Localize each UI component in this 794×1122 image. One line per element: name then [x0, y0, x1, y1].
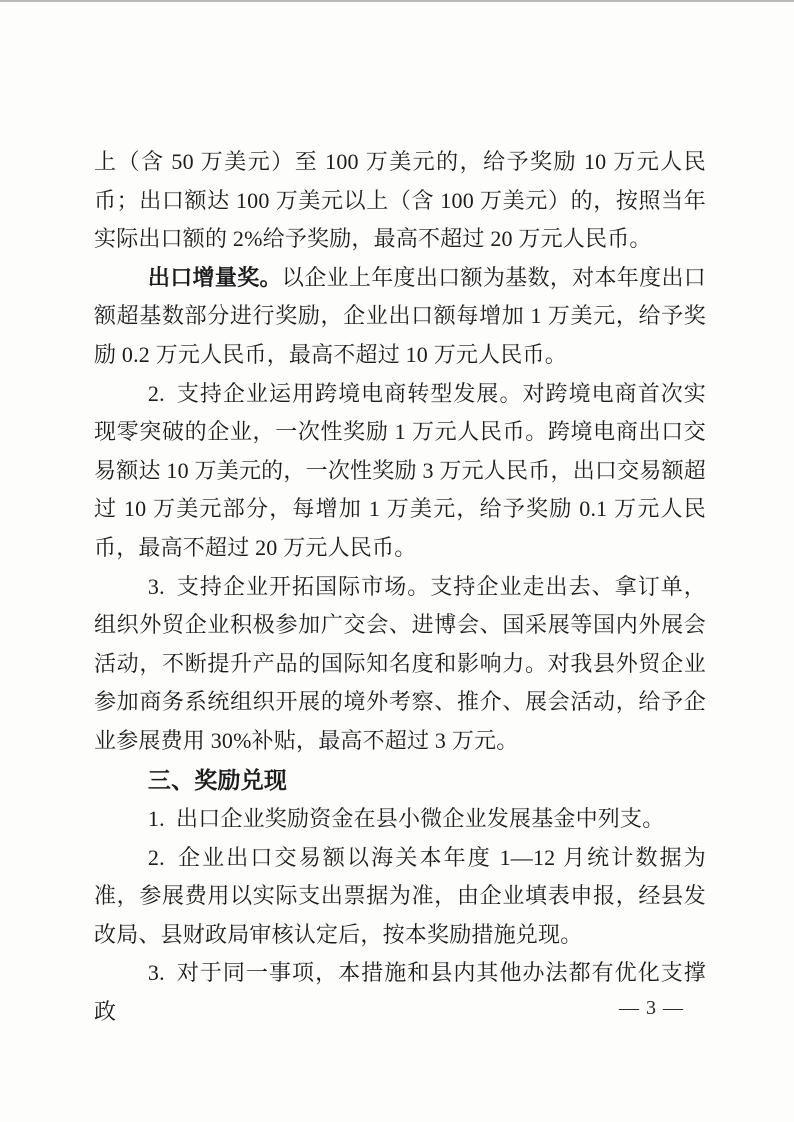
paragraph-redemption-item-1: 1. 出口企业奖励资金在县小微企业发展基金中列支。 [94, 800, 706, 839]
paragraph-redemption-item-2: 2. 企业出口交易额以海关本年度 1—12 月统计数据为准，参展费用以实际支出票… [94, 839, 706, 955]
paragraph-text: 3. 支持企业开拓国际市场。支持企业走出去、拿订单，组织外贸企业积极参加广交会、… [94, 574, 706, 753]
section-heading-award-redemption: 三、奖励兑现 [94, 761, 706, 801]
paragraph-text: 上（含 50 万美元）至 100 万美元的，给予奖励 10 万元人民币；出口额达… [94, 149, 706, 251]
page-number: — 3 — [619, 997, 684, 1020]
paragraph-cross-border-ecommerce: 2. 支持企业运用跨境电商转型发展。对跨境电商首次实现零突破的企业，一次性奖励 … [94, 375, 706, 568]
paragraph-lead-export-increment: 出口增量奖。 [148, 265, 282, 290]
document-body: 上（含 50 万美元）至 100 万美元的，给予奖励 10 万元人民币；出口额达… [94, 143, 706, 1032]
paragraph-text: 1. 出口企业奖励资金在县小微企业发展基金中列支。 [148, 806, 665, 831]
section-heading-label: 三、奖励兑现 [148, 767, 287, 793]
paragraph-text: 2. 支持企业运用跨境电商转型发展。对跨境电商首次实现零突破的企业，一次性奖励 … [94, 381, 706, 560]
paragraph-export-award-tiers-continuation: 上（含 50 万美元）至 100 万美元的，给予奖励 10 万元人民币；出口额达… [94, 143, 706, 259]
scan-edge-artifact [0, 0, 794, 2]
paragraph-text: 3. 对于同一事项，本措施和县内其他办法都有优化支撑政 [94, 960, 706, 1024]
paragraph-export-increment-award: 出口增量奖。以企业上年度出口额为基数，对本年度出口额超基数部分进行奖励，企业出口… [94, 259, 706, 375]
paragraph-international-market: 3. 支持企业开拓国际市场。支持企业走出去、拿订单，组织外贸企业积极参加广交会、… [94, 568, 706, 761]
document-page: 上（含 50 万美元）至 100 万美元的，给予奖励 10 万元人民币；出口额达… [0, 0, 794, 1122]
paragraph-text: 2. 企业出口交易额以海关本年度 1—12 月统计数据为准，参展费用以实际支出票… [94, 845, 706, 947]
paragraph-redemption-item-3-continues: 3. 对于同一事项，本措施和县内其他办法都有优化支撑政 [94, 954, 706, 1031]
